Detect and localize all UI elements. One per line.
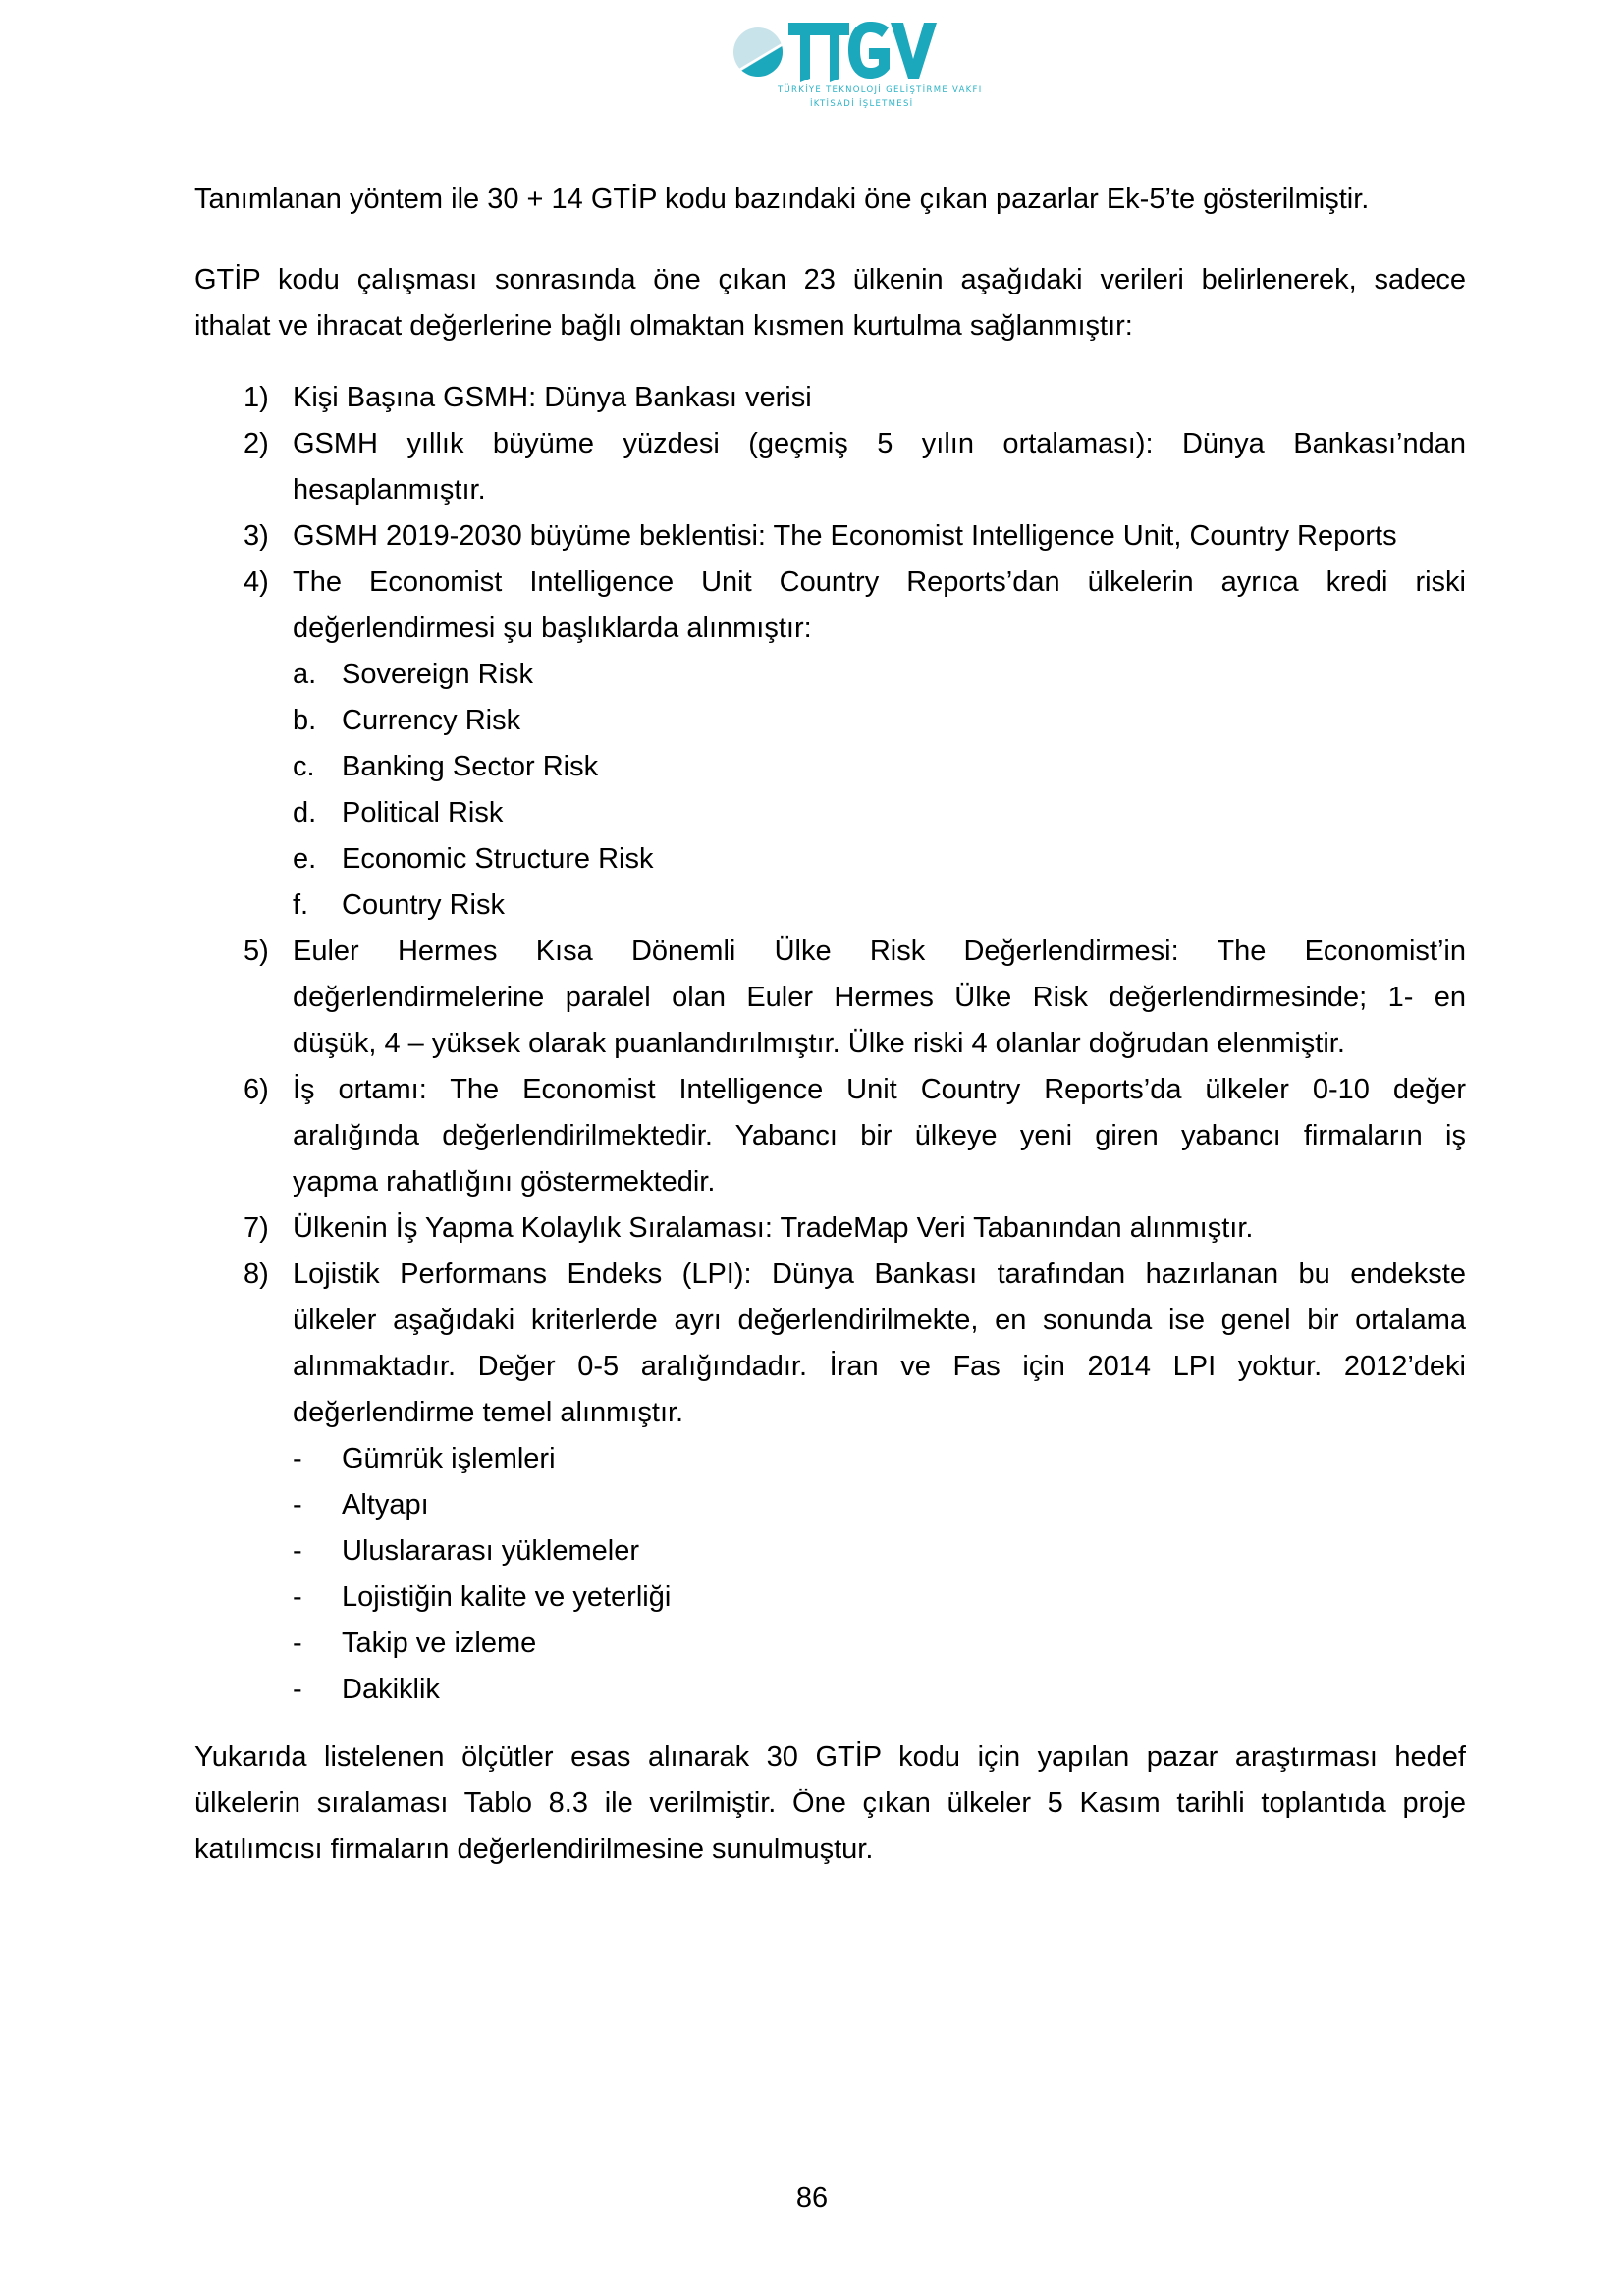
- sub-list-marker: -: [293, 1442, 302, 1475]
- list-item-number: 3): [244, 519, 269, 553]
- ttgv-logo: TÜRKİYE TEKNOLOJİ GELİŞTİRME VAKFI İKTİS…: [731, 18, 947, 121]
- list-item-number: 1): [244, 381, 269, 414]
- list-item-number: 5): [244, 934, 269, 968]
- list-item-text: The Economist Intelligence Unit Country …: [293, 565, 1466, 599]
- sub-list-item: Country Risk: [342, 888, 505, 922]
- list-item-text: GSMH yıllık büyüme yüzdesi (geçmiş 5 yıl…: [293, 427, 1466, 460]
- list-item-text: Lojistik Performans Endeks (LPI): Dünya …: [293, 1257, 1466, 1291]
- sub-list-marker: -: [293, 1534, 302, 1568]
- logo-tagline-2: İKTİSADİ İŞLETMESİ: [810, 99, 913, 109]
- sub-list-item: Sovereign Risk: [342, 658, 533, 691]
- list-item-number: 8): [244, 1257, 269, 1291]
- sub-list-item: Altyapı: [342, 1488, 429, 1522]
- list-item-number: 2): [244, 427, 269, 460]
- closing-paragraph-line-3: katılımcısı firmaların değerlendirilmesi…: [194, 1833, 1466, 1866]
- list-item-text: ülkeler aşağıdaki kriterlerde ayrı değer…: [293, 1304, 1466, 1337]
- sub-list-marker: -: [293, 1627, 302, 1660]
- closing-paragraph-line-1: Yukarıda listelenen ölçütler esas alınar…: [194, 1740, 1466, 1774]
- list-item-number: 7): [244, 1211, 269, 1245]
- sub-list-item: Banking Sector Risk: [342, 750, 598, 783]
- list-item-text: Kişi Başına GSMH: Dünya Bankası verisi: [293, 381, 1466, 414]
- list-item-text: Euler Hermes Kısa Dönemli Ülke Risk Değe…: [293, 934, 1466, 968]
- sub-list-item: Currency Risk: [342, 704, 520, 737]
- sub-list-marker: -: [293, 1580, 302, 1614]
- sub-list-item: Lojistiğin kalite ve yeterliği: [342, 1580, 671, 1614]
- sub-list-marker: a.: [293, 658, 316, 691]
- list-item-text: değerlendirmelerine paralel olan Euler H…: [293, 981, 1466, 1014]
- list-item-number: 4): [244, 565, 269, 599]
- sub-list-item: Political Risk: [342, 796, 503, 829]
- list-item-text: hesaplanmıştır.: [293, 473, 1466, 507]
- sub-list-marker: -: [293, 1673, 302, 1706]
- sub-list-marker: c.: [293, 750, 315, 783]
- sub-list-marker: d.: [293, 796, 316, 829]
- list-item-text: değerlendirmesi şu başlıklarda alınmıştı…: [293, 612, 1466, 645]
- page-number: 86: [0, 2181, 1624, 2215]
- sub-list-item: Gümrük işlemleri: [342, 1442, 556, 1475]
- list-item-text: aralığında değerlendirilmektedir. Yabanc…: [293, 1119, 1466, 1152]
- closing-paragraph-line-2: ülkelerin sıralaması Tablo 8.3 ile veril…: [194, 1787, 1466, 1820]
- sub-list-marker: b.: [293, 704, 316, 737]
- list-item-text: yapma rahatlığını göstermektedir.: [293, 1165, 1466, 1199]
- sub-list-item: Economic Structure Risk: [342, 842, 654, 876]
- logo-tagline-1: TÜRKİYE TEKNOLOJİ GELİŞTİRME VAKFI: [778, 85, 983, 95]
- sub-list-item: Takip ve izleme: [342, 1627, 536, 1660]
- paragraph-2-line-1: GTİP kodu çalışması sonrasında öne çıkan…: [194, 263, 1466, 296]
- list-item-text: İş ortamı: The Economist Intelligence Un…: [293, 1073, 1466, 1106]
- sub-list-marker: f.: [293, 888, 308, 922]
- list-item-text: Ülkenin İş Yapma Kolaylık Sıralaması: Tr…: [293, 1211, 1466, 1245]
- list-item-text: alınmaktadır. Değer 0-5 aralığındadır. İ…: [293, 1350, 1466, 1383]
- list-item-text: değerlendirme temel alınmıştır.: [293, 1396, 1466, 1429]
- sub-list-marker: -: [293, 1488, 302, 1522]
- list-item-number: 6): [244, 1073, 269, 1106]
- sub-list-item: Uluslararası yüklemeler: [342, 1534, 639, 1568]
- paragraph-2-line-2: ithalat ve ihracat değerlerine bağlı olm…: [194, 309, 1466, 343]
- list-item-text: düşük, 4 – yüksek olarak puanlandırılmış…: [293, 1027, 1466, 1060]
- intro-paragraph: Tanımlanan yöntem ile 30 + 14 GTİP kodu …: [194, 183, 1466, 216]
- ttgv-logo-mark: [731, 18, 947, 86]
- sub-list-item: Dakiklik: [342, 1673, 440, 1706]
- list-item-text: GSMH 2019-2030 büyüme beklentisi: The Ec…: [293, 519, 1466, 553]
- sub-list-marker: e.: [293, 842, 316, 876]
